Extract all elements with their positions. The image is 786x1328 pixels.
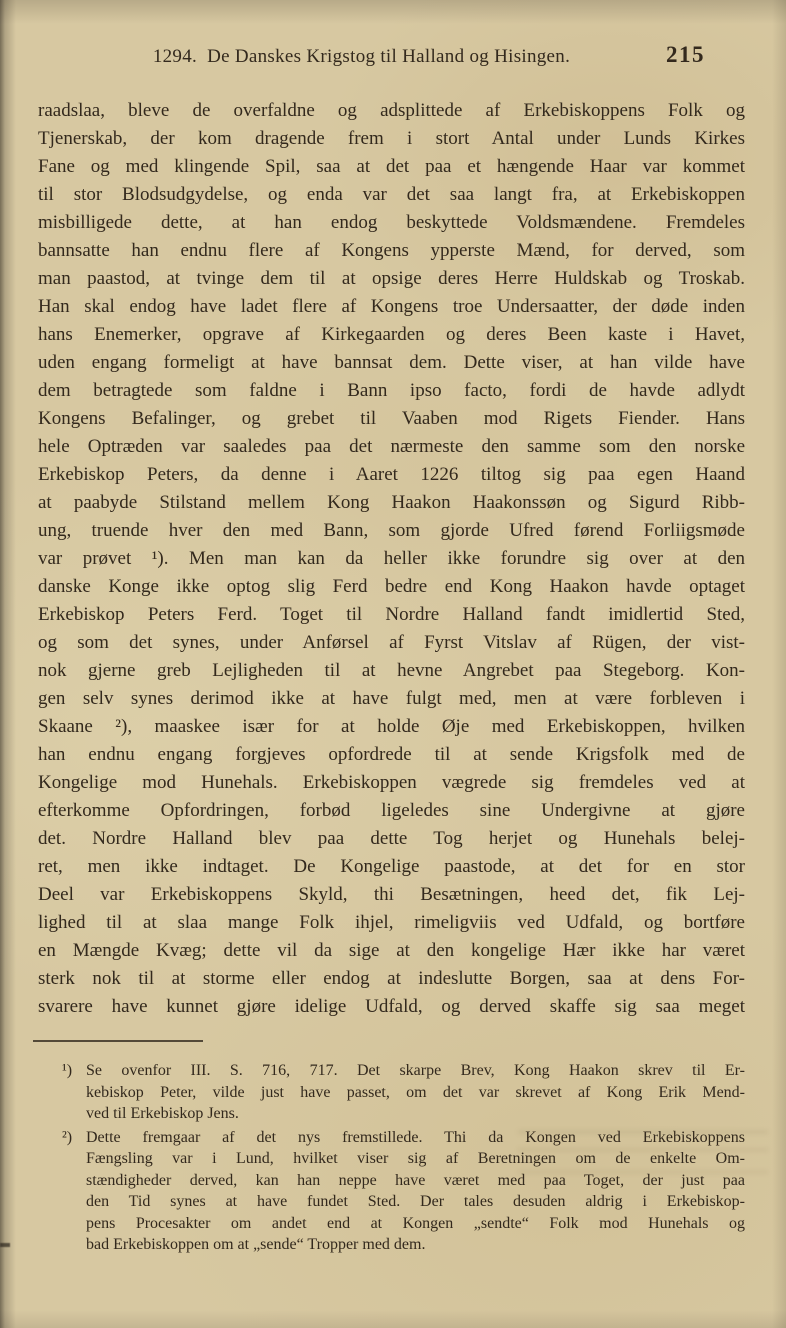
text-line: ved til Erkebiskop Jens.: [86, 1103, 745, 1125]
text-line: nok gjerne greb Lejligheden til at hevne…: [38, 657, 745, 685]
scan-edge-mark: [0, 1243, 10, 1247]
text-line: danske Konge ikke optog slig Ferd bedre …: [38, 573, 745, 601]
text-line: den Tid synes at have fundet Sted. Der t…: [86, 1191, 745, 1213]
text-line: det. Nordre Halland blev paa dette Tog h…: [38, 825, 745, 853]
text-line: at paabyde Stilstand mellem Kong Haakon …: [38, 489, 745, 517]
footnote-2-text: Dette fremgaar af det nys fremstillede. …: [86, 1127, 745, 1256]
text-line: lighed til at slaa mange Folk ihjel, rim…: [38, 909, 745, 937]
text-line: misbilligede dette, at han endog beskytt…: [38, 209, 745, 237]
text-line: hele Optræden var saaledes paa det nærme…: [38, 433, 745, 461]
text-line: gen selv synes derimod ikke at have fulg…: [38, 685, 745, 713]
running-title-text: De Danskes Krigstog til Halland og Hisin…: [207, 46, 570, 67]
footnote-rule: [33, 1040, 203, 1042]
chapter-year: 1294.: [153, 46, 197, 67]
text-line: raadslaa, bleve de overfaldne og adsplit…: [38, 97, 745, 125]
text-line: svarere have kunnet gjøre idelige Udfald…: [38, 993, 745, 1021]
text-line: ret, men ikke indtaget. De Kongelige paa…: [38, 853, 745, 881]
text-line: til stor Blodsudgydelse, og enda var det…: [38, 181, 745, 209]
text-line: Erkebiskop Peters, da denne i Aaret 1226…: [38, 461, 745, 489]
running-head: 1294.De Danskes Krigstog til Halland og …: [38, 46, 745, 76]
text-line: dem betragtede som faldne i Bann ipso fa…: [38, 377, 745, 405]
text-line: han endnu engang forgjeves opfordrede ti…: [38, 741, 745, 769]
footnote-1-text: Se ovenfor III. S. 716, 717. Det skarpe …: [86, 1060, 745, 1125]
footnote-2: ²) Dette fremgaar af det nys fremstilled…: [62, 1127, 745, 1256]
text-line: en Mængde Kvæg; dette vil da sige at den…: [38, 937, 745, 965]
footnote-1-marker: ¹): [62, 1060, 72, 1082]
book-page-scan: { "header": { "year": "1294.", "running_…: [0, 0, 786, 1328]
text-line: var prøvet ¹). Men man kan da heller ikk…: [38, 545, 745, 573]
running-head-title: 1294.De Danskes Krigstog til Halland og …: [38, 46, 745, 68]
text-line: hans Enemerker, opgrave af Kirkegaarden …: [38, 321, 745, 349]
text-line: uden engang formeligt at have bannsat de…: [38, 349, 745, 377]
page-number: 215: [666, 42, 705, 68]
text-line: Erkebiskop Peters Ferd. Toget til Nordre…: [38, 601, 745, 629]
text-line: efterkomme Opfordringen, forbød ligelede…: [38, 797, 745, 825]
text-line: Skaane ²), maaskee især for at holde Øje…: [38, 713, 745, 741]
footnote-1: ¹) Se ovenfor III. S. 716, 717. Det skar…: [62, 1060, 745, 1125]
text-line: og som det synes, under Anførsel af Fyrs…: [38, 629, 745, 657]
text-line: Kongelige mod Hunehals. Erkebiskoppen væ…: [38, 769, 745, 797]
text-line: sterk nok til at storme eller endog at i…: [38, 965, 745, 993]
text-line: Kongens Befalinger, og grebet til Vaaben…: [38, 405, 745, 433]
footnote-2-marker: ²): [62, 1127, 72, 1149]
text-line: Se ovenfor III. S. 716, 717. Det skarpe …: [86, 1060, 745, 1082]
text-line: pens Procesakter om andet end at Kongen …: [86, 1213, 745, 1235]
text-line: Dette fremgaar af det nys fremstillede. …: [86, 1127, 745, 1149]
text-line: Deel var Erkebiskoppens Skyld, thi Besæt…: [38, 881, 745, 909]
text-line: Fængsling var i Lund, hvilket viser sig …: [86, 1148, 745, 1170]
footnotes: ¹) Se ovenfor III. S. 716, 717. Det skar…: [62, 1060, 745, 1258]
text-line: man paastod, at tvinge dem til at opsige…: [38, 265, 745, 293]
text-line: bad Erkebiskoppen om at „sende“ Tropper …: [86, 1234, 745, 1256]
body-text: raadslaa, bleve de overfaldne og adsplit…: [38, 97, 745, 1021]
text-line: stændigheder derved, kan han neppe have …: [86, 1170, 745, 1192]
text-line: Fane og med klingende Spil, saa at det p…: [38, 153, 745, 181]
text-line: ung, truende hver den med Bann, som gjor…: [38, 517, 745, 545]
text-line: bannsatte han endnu flere af Kongens ypp…: [38, 237, 745, 265]
text-line: kebiskop Peter, vilde just have passet, …: [86, 1082, 745, 1104]
text-line: Tjenerskab, der kom dragende frem i stor…: [38, 125, 745, 153]
text-line: Han skal endog have ladet flere af Konge…: [38, 293, 745, 321]
